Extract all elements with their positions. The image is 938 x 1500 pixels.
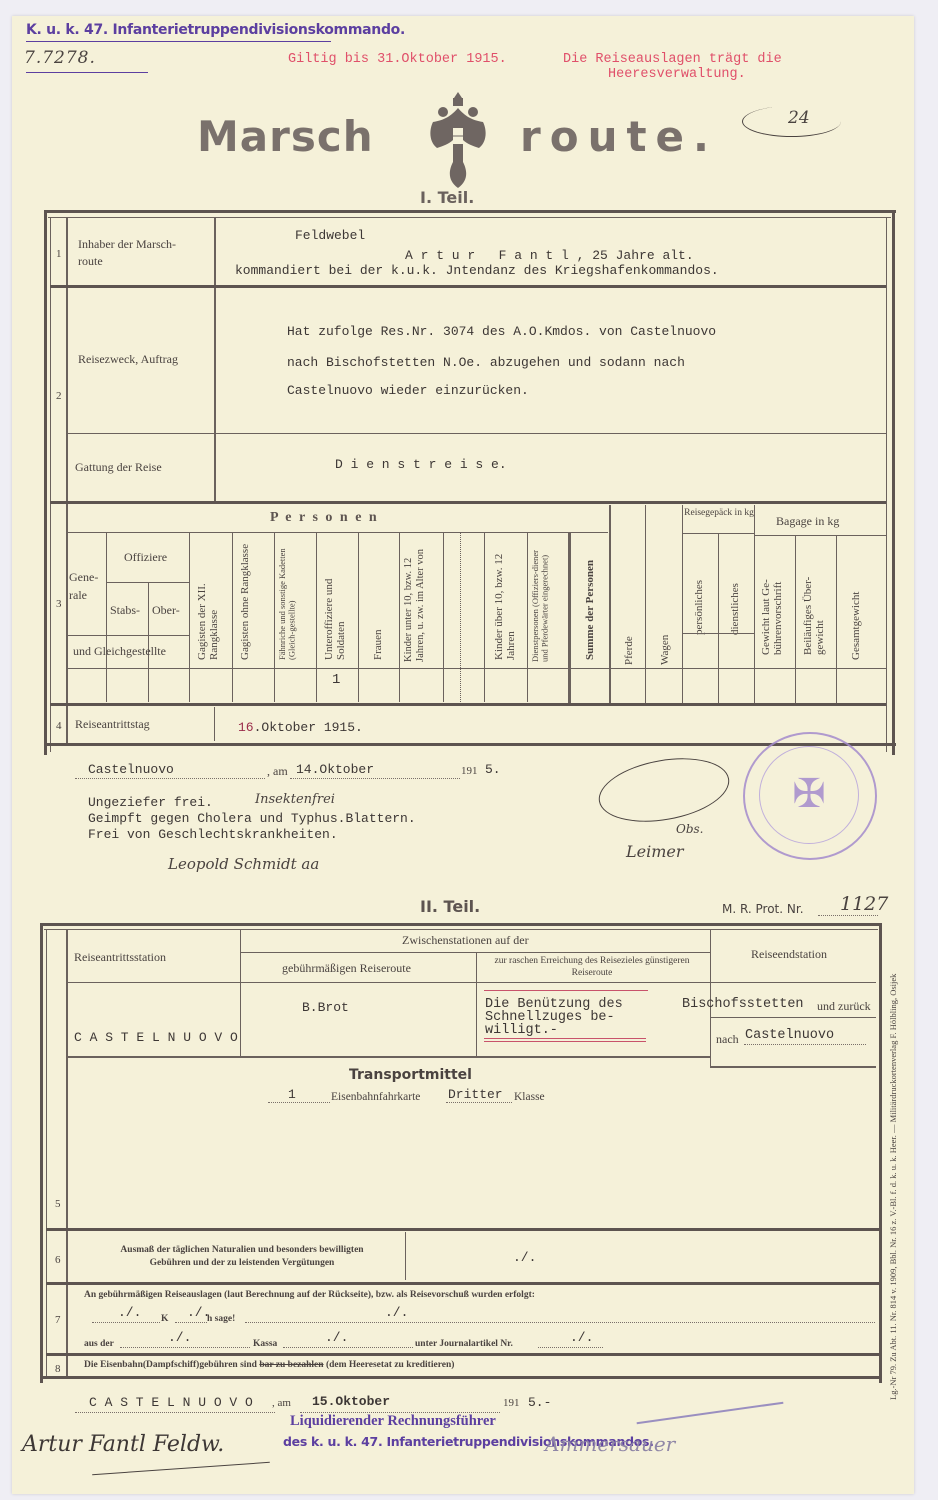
col-header: Gewicht laut Ge-bührenvorschrift xyxy=(760,545,784,655)
issue-year-suffix: 5. xyxy=(485,762,501,777)
health-handwritten: Insektenfrei xyxy=(255,792,335,807)
row8-struck: bar zu bezahlen xyxy=(259,1360,323,1370)
file-number: 7.7278. xyxy=(24,48,96,68)
row-number: 6 xyxy=(55,1254,61,1266)
title-left: Marsch xyxy=(197,112,374,161)
start-date-label: Reiseantrittstag xyxy=(75,717,150,732)
stamp-underline xyxy=(26,41,331,42)
class-dots xyxy=(446,1102,512,1103)
col-header: Gesamtgewicht xyxy=(850,560,862,660)
red-underline-bottom xyxy=(484,1038,646,1039)
col-header: Dienstpersonen (Offiziers-diener und Pfe… xyxy=(531,537,550,662)
end-station-split xyxy=(710,1017,876,1018)
transport-count: 1 xyxy=(288,1087,296,1102)
health-line3: Frei von Geschlechtskrankheiten. xyxy=(88,827,338,842)
row-line xyxy=(66,1056,710,1058)
col-line xyxy=(358,532,359,702)
side-imprint: Lg.-Nr 79. Zu Abt. 11. Nr. 814 v. 1909, … xyxy=(888,800,898,1400)
class-label: Klasse xyxy=(514,1091,545,1103)
table2-top xyxy=(40,923,882,926)
col-line xyxy=(484,532,485,702)
journal-dots xyxy=(538,1347,603,1348)
h-label: h sage! xyxy=(207,1314,235,1324)
costs-note-line2: Heeresverwaltung. xyxy=(608,67,746,82)
row6-label-line1: Ausmaß der täglichen Naturalien und beso… xyxy=(82,1244,402,1257)
col-line xyxy=(527,532,528,702)
row1-bottom xyxy=(50,285,886,288)
start-date-rest: .Oktober 1915. xyxy=(254,720,363,735)
table1-left-outer xyxy=(44,210,47,755)
and-back-label: und zurück xyxy=(817,999,871,1014)
col-header: Beiläufiges Über-gewicht xyxy=(802,555,826,655)
ticket-label: Eisenbahnfahrkarte xyxy=(331,1091,420,1103)
table1-right-outer xyxy=(892,210,895,755)
officer-note: Obs. xyxy=(676,822,704,836)
transport-title: Transportmittel xyxy=(349,1067,472,1083)
gleich-line xyxy=(66,635,189,636)
closing-year-suffix: 5.- xyxy=(528,1395,551,1410)
return-dots xyxy=(744,1044,866,1045)
intermediate-line xyxy=(240,952,710,953)
col-header: Gagisten ohne Rangklasse xyxy=(239,540,251,660)
table2-left-inner xyxy=(46,929,47,1379)
col-line xyxy=(274,532,275,702)
purpose-line1: Hat zufolge Res.Nr. 3074 des A.O.Kmdos. … xyxy=(287,324,716,339)
officer-signature: Leimer xyxy=(626,842,684,861)
regular-route-header: gebührmäßigen Reiseroute xyxy=(282,961,411,976)
k-value: ./. xyxy=(118,1305,141,1320)
prot-label: M. R. Prot. Nr. xyxy=(722,902,804,916)
row8-text: Die Eisenbahn(Dampfschiff)gebühren sind … xyxy=(84,1360,454,1370)
table1-right-inner xyxy=(886,217,887,752)
col-line xyxy=(316,532,317,702)
row-number: 5 xyxy=(55,1198,61,1210)
col-line xyxy=(836,535,837,704)
col-line xyxy=(718,533,719,704)
row3-bottom xyxy=(50,703,886,706)
row6-label: Ausmaß der täglichen Naturalien und beso… xyxy=(82,1244,402,1270)
col-line xyxy=(232,532,233,702)
end-station-header: Reiseendstation xyxy=(751,947,827,962)
col-line xyxy=(609,505,611,704)
kassa2-dots xyxy=(283,1347,413,1348)
faster-route-header: zur raschen Erreichung des Reisezieles g… xyxy=(487,955,697,979)
regular-route-value: B.Brot xyxy=(302,1000,349,1015)
soldiers-count: 1 xyxy=(332,672,340,688)
red-underline-top xyxy=(484,990,648,991)
holder-signature: Artur Fantl Feldw. xyxy=(22,1432,224,1457)
col-line xyxy=(189,532,190,702)
col-header: persönliches xyxy=(693,555,705,635)
k-dots xyxy=(92,1322,160,1323)
holder-name: A r t u r F a n t l , 25 Jahre alt. xyxy=(405,248,694,263)
table2-bottom xyxy=(40,1376,882,1379)
col-line xyxy=(682,505,683,704)
start-date-value: 16.Oktober 1915. xyxy=(238,720,363,735)
row6-bottom xyxy=(46,1282,879,1285)
col-line xyxy=(460,532,461,702)
row-number: 3 xyxy=(56,598,62,610)
class-value: Dritter xyxy=(448,1087,503,1102)
table1-left-inner xyxy=(50,217,51,752)
row-number: 2 xyxy=(56,390,62,402)
holder-assignment: kommandiert bei der k.u.k. Jntendanz des… xyxy=(235,263,719,278)
col-header: dienstliches xyxy=(729,555,741,635)
journal-label: unter Journalartikel Nr. xyxy=(415,1339,513,1349)
prot-dots xyxy=(818,915,878,916)
table1-num-col xyxy=(66,217,68,745)
issue-place: Castelnuovo xyxy=(88,762,174,777)
row4-divider xyxy=(214,707,215,741)
col-header: Unteroffiziere und Soldaten xyxy=(323,540,347,660)
title-right: route. xyxy=(520,112,718,161)
personen-header: P e r s o n e n xyxy=(270,510,379,526)
generale-header: Gene-rale xyxy=(69,568,105,604)
page-number: 24 xyxy=(788,108,810,128)
closing-place-dots xyxy=(75,1412,275,1413)
start-station-header: Reiseantrittsstation xyxy=(74,950,166,965)
purpose-label: Reisezweck, Auftrag xyxy=(78,352,178,367)
table2-top-inner xyxy=(44,929,878,930)
col-line xyxy=(148,582,149,702)
journal-value: ./. xyxy=(570,1330,593,1345)
doctor-signature: Leopold Schmidt aa xyxy=(168,855,319,873)
col-header: Pferde xyxy=(623,620,635,665)
row2-divider xyxy=(214,288,216,503)
col-line xyxy=(106,532,107,702)
health-line1: Ungeziefer frei. xyxy=(88,795,213,810)
file-number-underline xyxy=(26,72,148,73)
intermediate-header: Zwischenstationen auf der xyxy=(402,933,529,948)
col-line xyxy=(795,535,796,704)
prot-number: 1127 xyxy=(840,893,888,915)
stabs-header: Stabs- xyxy=(110,603,140,618)
bagage-line xyxy=(754,535,886,536)
row-number: 7 xyxy=(55,1314,61,1326)
col-line xyxy=(645,505,646,704)
closing-year-prefix: 191 xyxy=(503,1397,520,1409)
bagage-header: Bagage in kg xyxy=(776,514,839,529)
row-line xyxy=(710,1066,876,1068)
return-station-value: Castelnuovo xyxy=(745,1028,834,1043)
col-header: Wagen xyxy=(659,620,671,665)
purpose-line3: Castelnuovo wieder einzurücken. xyxy=(287,383,529,398)
row1-divider xyxy=(214,217,216,287)
say-value: ./. xyxy=(385,1305,408,1320)
offiziere-header: Offiziere xyxy=(124,550,167,565)
row6-label-line2: Gebühren und der zu leistenden Vergütung… xyxy=(82,1257,402,1270)
start-day: 16 xyxy=(238,720,254,735)
row6-value: ./. xyxy=(513,1250,536,1265)
kassa-dots xyxy=(120,1347,250,1348)
nach-label: nach xyxy=(716,1032,739,1047)
col-line xyxy=(240,929,241,1056)
valid-until: Giltig bis 31.Oktober 1915. xyxy=(288,52,507,67)
row7-bottom xyxy=(46,1353,879,1356)
h-dots xyxy=(175,1322,207,1323)
row6-divider xyxy=(405,1232,406,1280)
reisegepaeck-header: Reisegepäck in kg xyxy=(684,508,754,519)
issue-am: , am xyxy=(267,764,288,779)
col-header: Gagisten der XII. Rangklasse xyxy=(196,540,220,660)
costs-note-line1: Die Reiseauslagen trägt die xyxy=(563,52,782,67)
faster-route-value: Die Benützung des Schnellzuges be- willi… xyxy=(485,998,623,1037)
table2-head-bottom xyxy=(66,982,876,983)
issue-place-dots xyxy=(75,778,265,779)
row8-text-b: (dem Heeresetat zu kreditieren) xyxy=(326,1360,454,1370)
faster-line3: willigt.- xyxy=(485,1024,623,1037)
end-station-value: Bischofsstetten xyxy=(682,997,804,1012)
part2-title: II. Teil. xyxy=(420,897,480,916)
col-line xyxy=(476,952,477,1056)
col-line xyxy=(568,532,571,704)
travel-type-value: D i e n s t r e i s e. xyxy=(335,457,507,472)
closing-date: 15.Oktober xyxy=(312,1394,390,1409)
say-dots xyxy=(245,1322,875,1323)
kassa-value2: ./. xyxy=(325,1330,348,1345)
row8-text-a: Die Eisenbahn(Dampfschiff)gebühren sind xyxy=(84,1360,257,1370)
row-number: 4 xyxy=(56,720,62,732)
kassa-label: Kassa xyxy=(253,1339,277,1349)
col-header: Kinder über 10, bzw. 12 Jahren xyxy=(493,540,517,660)
issue-date-dots xyxy=(290,778,460,779)
double-eagle-icon xyxy=(423,90,493,190)
table1-top-inner xyxy=(48,217,891,218)
row-number: 1 xyxy=(56,248,62,260)
accountant-signature: Ammersauer xyxy=(545,1432,675,1456)
row2-separator xyxy=(66,433,886,434)
closing-am: , am xyxy=(272,1397,291,1409)
issue-date: 14.Oktober xyxy=(296,762,374,777)
unit-stamp: K. u. k. 47. Infanterietruppendivisionsk… xyxy=(26,22,405,38)
start-station-value: C A S T E L N U O V O xyxy=(74,1030,238,1045)
table1-top-outer xyxy=(44,210,896,213)
row5-bottom xyxy=(46,1228,879,1231)
personen-values-line xyxy=(66,668,886,669)
col-line xyxy=(443,532,444,702)
table2-right xyxy=(879,923,882,1383)
col-header-summe: Summe der Personen xyxy=(584,540,596,660)
holder-rank: Feldwebel xyxy=(295,228,365,243)
official-seal-icon: ✠ xyxy=(743,732,877,860)
col-header: Fähnriche und sonstige Kadetten (Gleich-… xyxy=(278,540,297,660)
table2-num-col xyxy=(66,929,68,1379)
aus-der-label: aus der xyxy=(84,1339,114,1349)
issue-year-prefix: 191 xyxy=(461,765,478,777)
col-header: Kinder unter 10, bzw. 12 Jahren, u. zw. … xyxy=(403,537,427,662)
accountant-stamp-line1: Liquidierender Rechnungsführer xyxy=(290,1413,496,1430)
count-dots xyxy=(268,1102,330,1103)
gleichgestellte-header: und Gleichgestellte xyxy=(73,644,166,659)
col-header: Frauen xyxy=(372,580,384,660)
health-line2: Geimpft gegen Cholera und Typhus.Blatter… xyxy=(88,811,416,826)
reisegepaeck-mid-line xyxy=(682,633,754,634)
closing-place: C A S T E L N U O V O xyxy=(89,1395,253,1410)
purpose-line2: nach Bischofstetten N.Oe. abzugehen und … xyxy=(287,355,685,370)
part1-title: I. Teil. xyxy=(420,188,474,207)
ober-header: Ober- xyxy=(152,603,180,618)
kassa-value: ./. xyxy=(168,1330,191,1345)
row2-bottom xyxy=(50,501,886,504)
table2-left xyxy=(40,923,43,1383)
row-number: 8 xyxy=(55,1363,61,1375)
travel-type-label: Gattung der Reise xyxy=(75,460,162,475)
row7-text: An gebührmäßigen Reiseauslagen (laut Ber… xyxy=(84,1290,535,1300)
holder-label: Inhaber der Marsch-route xyxy=(78,236,198,270)
red-underline-bottom2 xyxy=(484,1041,646,1042)
col-line xyxy=(399,532,400,702)
k-label: K xyxy=(161,1314,168,1324)
